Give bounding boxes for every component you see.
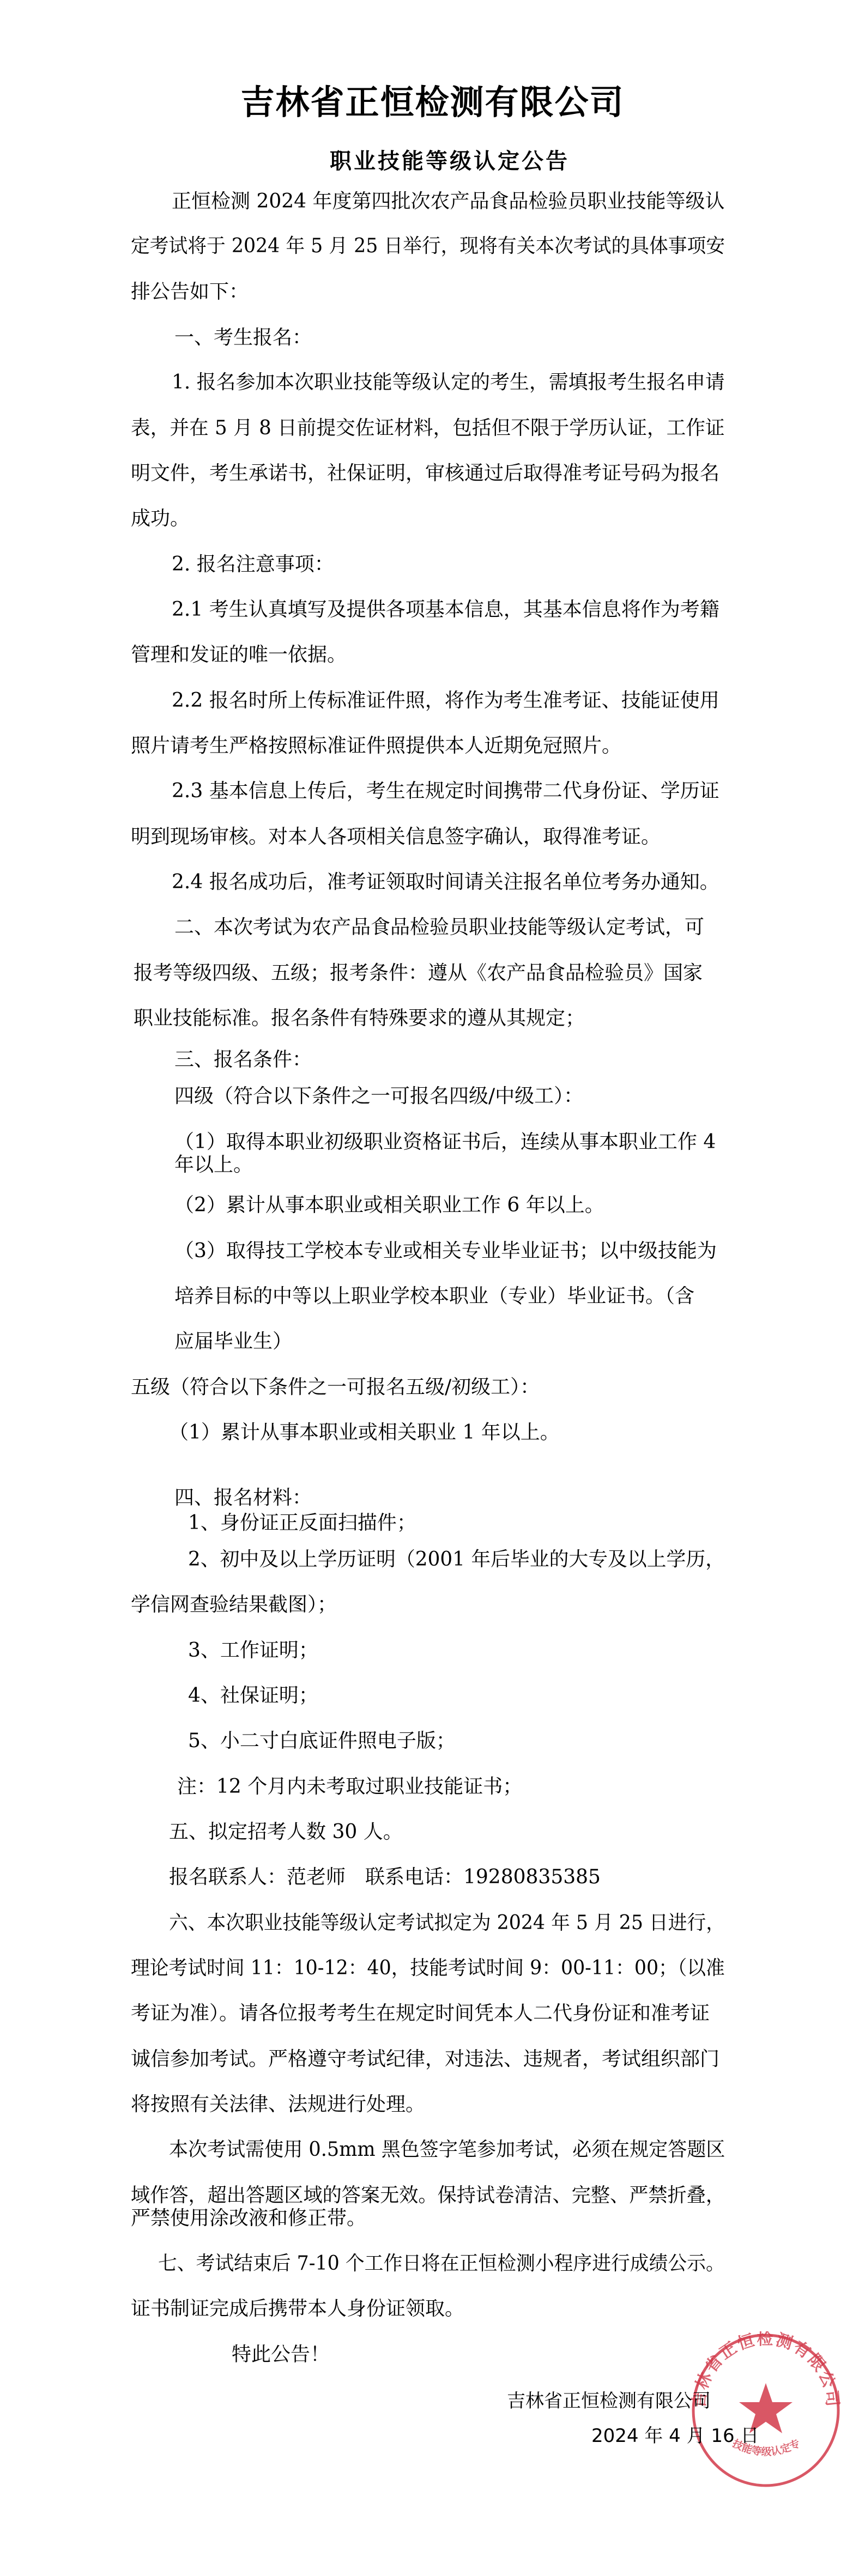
text-line-sec3-l4-c1-l2: 年以上。 <box>174 1153 253 1177</box>
announcement-document: 吉林省正恒检测有限公司 职业技能等级认定公告 正恒检测 2024 年度第四批次农… <box>0 0 865 2576</box>
text-line-sec3-heading: 三、报名条件： <box>174 1048 312 1072</box>
text-line-sec2-l2: 报考等级四级、五级；报考条件：遵从《农产品食品检验员》国家 <box>134 961 703 985</box>
text-line-sec3-l4-c2: （2）累计从事本职业或相关职业工作 6 年以上。 <box>174 1193 604 1217</box>
text-line-sec3-l4-c3-l1: （3）取得技工学校本专业或相关专业毕业证书；以中级技能为 <box>174 1239 717 1263</box>
text-line-sec6-l3: 考证为准）。请各位报考考生在规定时间凭本人二代身份证和准考证 <box>131 2002 710 2026</box>
text-line-sec4-heading: 四、报名材料： <box>174 1486 312 1510</box>
text-line-sec2-l1: 二、本次考试为农产品食品检验员职业技能等级认定考试，可 <box>174 916 704 940</box>
signature-date: 2024 年 4 月 16 日 <box>591 2425 759 2447</box>
text-line-sec1-p1-l4: 成功。 <box>131 507 190 531</box>
text-line-sec3-level4: 四级（符合以下条件之一可报名四级/中级工）： <box>174 1084 583 1108</box>
text-line-sec1-p1-l2: 表，并在 5 月 8 日前提交佐证材料，包括但不限于学历认证，工作证 <box>131 416 725 440</box>
text-line-sec6-p2-l2: 域作答，超出答题区域的答案无效。保持试卷清洁、完整、严禁折叠， <box>131 2184 725 2208</box>
text-line-sec6-l2: 理论考试时间 11：10-12：40，技能考试时间 9：00-11：00；（以准 <box>131 1956 725 1980</box>
text-line-sec3-level5: 五级（符合以下条件之一可报名五级/初级工）： <box>131 1375 540 1399</box>
text-line-contact: 报名联系人：范老师 联系电话：19280835385 <box>169 1865 601 1889</box>
text-line-sec1-heading: 一、考生报名： <box>174 326 312 350</box>
company-title: 吉林省正恒检测有限公司 <box>0 82 865 123</box>
text-line-intro-1: 正恒检测 2024 年度第四批次农产品食品检验员职业技能等级认 <box>172 190 725 214</box>
text-line-sec4-item2-l2: 学信网查验结果截图）； <box>131 1593 337 1617</box>
text-line-sec1-p21-l1: 2.1 考生认真填写及提供各项基本信息，其基本信息将作为考籍 <box>172 598 719 622</box>
text-line-sec1-p22-l2: 照片请考生严格按照标准证件照提供本人近期免冠照片。 <box>131 734 621 758</box>
text-line-sec1-p21-l2: 管理和发证的唯一依据。 <box>131 643 347 667</box>
text-line-sec6-l1: 六、本次职业技能等级认定考试拟定为 2024 年 5 月 25 日进行， <box>169 1911 725 1935</box>
signature-company: 吉林省正恒检测有限公司 <box>507 2390 711 2412</box>
text-line-sec1-p23-l2: 明到现场审核。对本人各项相关信息签字确认，取得准考证。 <box>131 825 661 849</box>
text-line-sec4-note: 注：12 个月内未考取过职业技能证书； <box>177 1775 522 1799</box>
text-line-sec5: 五、拟定招考人数 30 人。 <box>169 1820 403 1844</box>
text-line-closing: 特此公告！ <box>232 2343 330 2367</box>
text-line-intro-3: 排公告如下： <box>131 280 249 304</box>
text-line-sec6-p2-l1: 本次考试需使用 0.5mm 黑色签字笔参加考试，必须在规定答题区 <box>169 2138 725 2162</box>
text-line-sec6-p2-l3: 严禁使用涂改液和修正带。 <box>131 2207 366 2230</box>
text-line-sec3-l4-c3-l2: 培养目标的中等以上职业学校本职业（专业）毕业证书。（含 <box>174 1284 694 1308</box>
text-line-sec4-item5: 5、小二寸白底证件照电子版； <box>188 1729 456 1753</box>
text-line-sec4-item2-l1: 2、初中及以上学历证明（2001 年后毕业的大专及以上学历， <box>188 1548 725 1572</box>
text-line-sec1-p1-l1: 1. 报名参加本次职业技能等级认定的考生，需填报考生报名申请 <box>172 371 725 395</box>
text-line-sec7-l2: 证书制证完成后携带本人身份证领取。 <box>131 2297 464 2321</box>
text-line-sec1-p24: 2.4 报名成功后，准考证领取时间请关注报名单位考务办通知。 <box>172 870 719 894</box>
text-line-sec1-p2-heading: 2. 报名注意事项： <box>172 553 334 577</box>
text-line-sec4-item1: 1、身份证正反面扫描件； <box>188 1511 416 1535</box>
text-line-sec2-l3: 职业技能标准。报名条件有特殊要求的遵从其规定； <box>134 1007 585 1031</box>
text-line-sec6-l5: 将按照有关法律、法规进行处理。 <box>131 2093 425 2117</box>
text-line-intro-2: 定考试将于 2024 年 5 月 25 日举行，现将有关本次考试的具体事项安 <box>131 234 725 258</box>
text-line-sec3-l4-c1-l1: （1）取得本职业初级职业资格证书后，连续从事本职业工作 4 <box>174 1130 716 1154</box>
text-line-sec3-l4-c3-l3: 应届毕业生） <box>174 1330 292 1354</box>
text-line-sec3-l5-c1: （1）累计从事本职业或相关职业 1 年以上。 <box>169 1421 560 1445</box>
text-line-sec1-p23-l1: 2.3 基本信息上传后，考生在规定时间携带二代身份证、学历证 <box>172 779 719 803</box>
text-line-sec6-l4: 诚信参加考试。严格遵守考试纪律，对违法、违规者，考试组织部门 <box>131 2047 719 2071</box>
text-line-sec1-p1-l3: 明文件，考生承诺书，社保证明，审核通过后取得准考证号码为报名 <box>131 462 719 486</box>
announcement-title: 职业技能等级认定公告 <box>330 148 570 174</box>
text-line-sec7-l1: 七、考试结束后 7-10 个工作日将在正恒检测小程序进行成绩公示。 <box>158 2252 725 2276</box>
text-line-sec1-p22-l1: 2.2 报名时所上传标准证件照，将作为考生准考证、技能证使用 <box>172 689 719 713</box>
text-line-sec4-item3: 3、工作证明； <box>188 1639 318 1663</box>
text-line-sec4-item4: 4、社保证明； <box>188 1684 318 1708</box>
